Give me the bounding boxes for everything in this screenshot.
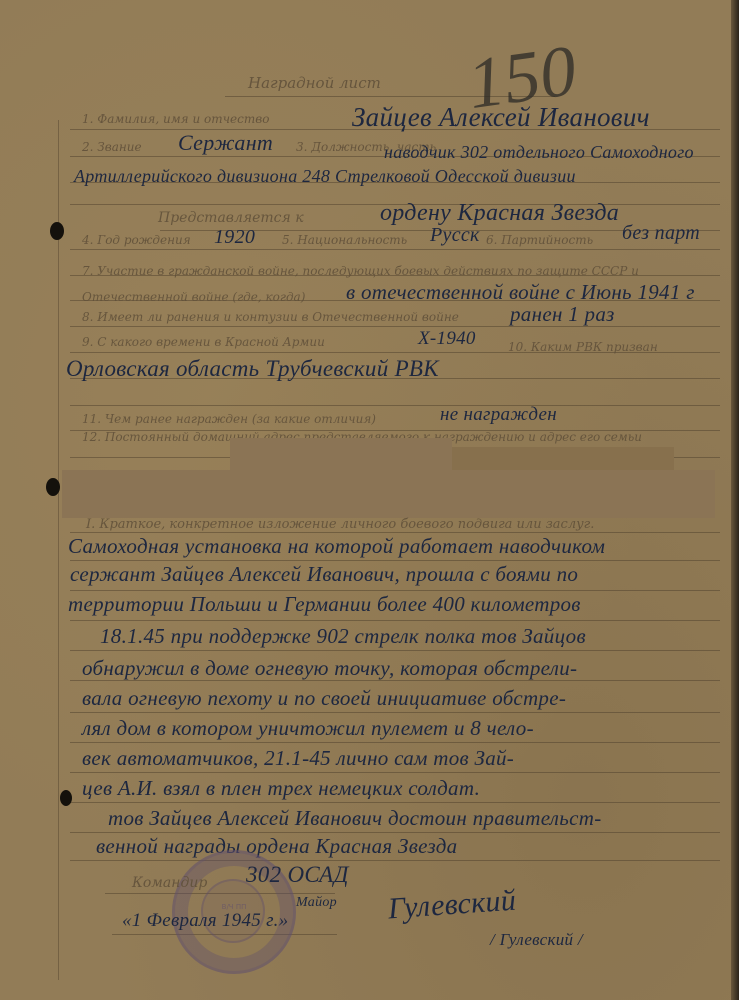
field-label-nationality: 5. Национальность: [282, 233, 407, 247]
narrative-line: вала огневую пехоту и по своей инициатив…: [82, 686, 566, 711]
field-value-party: без парт: [622, 222, 700, 245]
commander-name: / Гулевский /: [490, 930, 583, 950]
narrative-line: цев А.И. взял в плен трех немецких солда…: [82, 776, 480, 801]
field-value-draft-office: Орловская область Трубчевский РВК: [66, 356, 439, 382]
narrative-line: сержант Зайцев Алексей Иванович, прошла …: [70, 562, 578, 587]
rule: [70, 405, 720, 406]
commander-label: Командир: [132, 875, 207, 891]
narrative-line: тов Зайцев Алексей Иванович достоин прав…: [108, 806, 602, 831]
rule: [70, 560, 720, 561]
award-date: «1 Февраля 1945 г.»: [122, 910, 288, 932]
page-title: Наградной лист: [248, 74, 381, 92]
narrative-line: Самоходная установка на которой работает…: [68, 534, 605, 559]
field-value-army-since: X-1940: [418, 328, 476, 350]
rule: [70, 249, 720, 250]
rule: [70, 860, 720, 861]
field-value-position: наводчик 302 отдельного Самоходного Арти…: [74, 140, 714, 188]
rule: [70, 802, 720, 803]
rule: [70, 620, 720, 621]
rule: [70, 832, 720, 833]
section-heading: I. Краткое, конкретное изложение личного…: [86, 517, 594, 532]
punch-hole: [50, 222, 64, 240]
rule: [70, 712, 720, 713]
field-value-nationality: Русск: [430, 224, 480, 247]
rule: [70, 742, 720, 743]
rule: [70, 650, 720, 651]
paper-edge: [731, 0, 739, 1000]
narrative-line: 18.1.45 при поддержке 902 стрелк полка т…: [100, 624, 586, 649]
field-label-army-since: 9. С какого времени в Красной Армии: [82, 335, 325, 349]
field-label-wounds: 8. Имеет ли ранения и контузии в Отечест…: [82, 310, 459, 324]
margin-line: [58, 120, 59, 980]
field-label-party: 6. Партийность: [486, 233, 593, 247]
field-label-award: Представляется к: [158, 210, 304, 226]
punch-hole: [46, 478, 60, 496]
field-label-birth-year: 4. Год рождения: [82, 233, 191, 247]
redaction-box: [452, 447, 674, 471]
narrative-line: лял дом в котором уничтожил пулемет и 8 …: [82, 716, 534, 741]
field-value-wounds: ранен 1 раз: [510, 302, 615, 327]
field-label-name: 1. Фамилия, имя и отчество: [82, 112, 269, 126]
punch-hole: [60, 790, 72, 806]
narrative-line: территории Польши и Германии более 400 к…: [68, 592, 581, 617]
commander-unit: 302 ОСАД: [246, 862, 349, 888]
field-label-previous-awards: 11. Чем ранее награжден (за какие отличи…: [82, 412, 376, 426]
redaction-box: [62, 470, 715, 518]
rule: [70, 326, 720, 327]
narrative-line: венной награды ордена Красная Звезда: [96, 834, 457, 859]
field-value-previous-awards: не награжден: [440, 404, 557, 426]
field-value-award: ордену Красная Звезда: [380, 200, 619, 227]
narrative-line: век автоматчиков, 21.1-45 лично сам тов …: [82, 746, 514, 771]
rule: [70, 772, 720, 773]
narrative-line: обнаружил в доме огневую точку, которая …: [82, 656, 577, 681]
field-value-name: Зайцев Алексей Иванович: [352, 102, 650, 133]
commander-rank: Майор: [296, 895, 337, 911]
rule: [70, 532, 720, 533]
rule: [70, 590, 720, 591]
field-value-birth-year: 1920: [214, 226, 255, 249]
field-label-draft-office: 10. Каким РВК призван: [508, 340, 658, 354]
